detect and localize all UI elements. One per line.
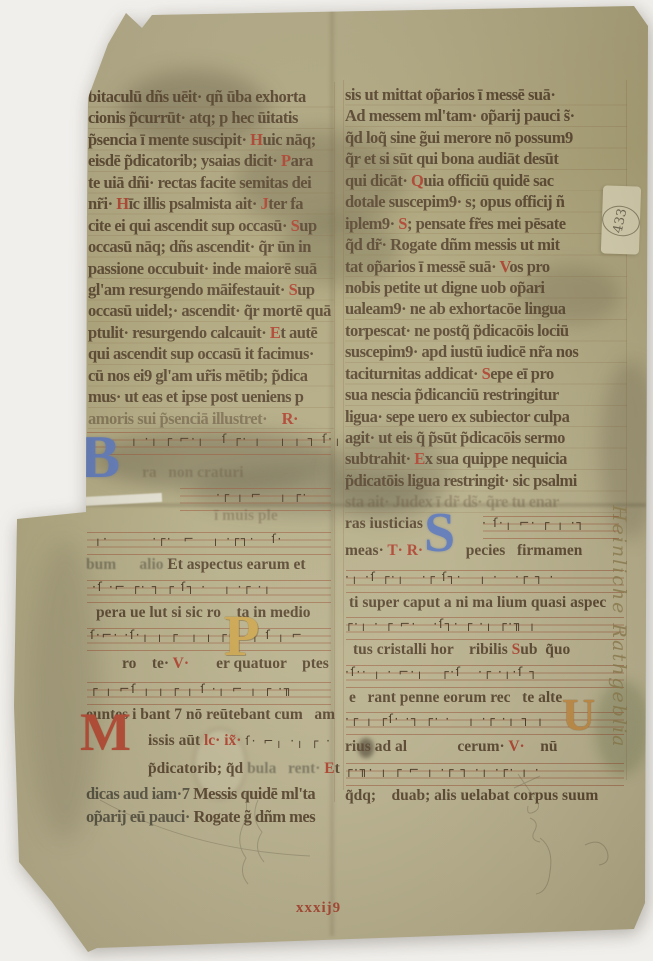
- text-segment: qui ascendit sup occasū it facimus·: [88, 344, 314, 363]
- fold-crease-vertical: [330, 6, 334, 936]
- text-segment: uia officiū quidē sac: [423, 171, 553, 190]
- text-segment: taciturnitas addicat·: [345, 364, 482, 383]
- text-segment: lc· ix̃·: [204, 732, 245, 749]
- text-segment: amoris sui p̃senciā illustret·: [88, 409, 282, 428]
- text-segment: op̃arij eū pauci·: [86, 807, 193, 826]
- text-line: nr̃i· Hīc illis psalmista ait· Jter fa: [88, 193, 334, 214]
- text-line: passione occubuit· inde maiorē suā: [88, 258, 334, 279]
- illuminated-initial-u: U: [562, 694, 595, 735]
- chant-text-line: ī muis ple: [86, 504, 334, 528]
- text-line: ligua· sepe uero ex subiector culpa: [345, 406, 627, 427]
- text-segment: nr̃i·: [88, 194, 116, 213]
- photograph-backdrop: bitaculū dñs uēit· qñ ūba exhortacionis …: [0, 0, 653, 961]
- chant-text-line: ra non craturi: [86, 462, 334, 484]
- text-segment: V·: [173, 655, 193, 672]
- text-line: gl'am resurgendo māifestauit· Sup: [88, 279, 334, 300]
- water-ring: [195, 730, 245, 798]
- shelf-number-tag: 433: [601, 185, 641, 254]
- neumes: ┌ ╷ ⌐ſ ╷ ╷ ┌ ╷ ſ ·╷ ⌐ ╷ ┌ ·╖: [90, 681, 293, 696]
- ruling-line: [343, 80, 344, 790]
- text-line: eisdē p̃dicatorib; ysaias dicit· Para: [88, 150, 334, 171]
- text-segment: īc illis psalmista ait·: [129, 194, 261, 213]
- text-segment: passione occubuit· inde maiorē suā: [88, 259, 317, 278]
- text-segment: ra non craturi: [142, 464, 244, 481]
- text-line: te uiā dñi· rectas facite semitas dei: [88, 172, 334, 193]
- stain: [520, 265, 620, 325]
- chant-staff: ·ſ ·⌐ ┌· ┐ ┌ ſ┐ · ╷ ·┌ ·╷: [86, 576, 334, 602]
- chant-staff: ┌·╷ · ┌ ⌐· ·ſ┐· ┌ ·╷ ┌·╖ ╷: [345, 613, 627, 639]
- text-segment: S: [291, 216, 300, 235]
- text-segment: P: [281, 151, 291, 170]
- neumes: ╷ ·╷ ┌ ⌐·╷ ſ ┌· ╷ ╷ ╷ ┐ ſ·╷: [130, 431, 343, 446]
- text-segment: ara: [291, 151, 313, 170]
- text-segment: E: [324, 760, 334, 777]
- text-segment: t autē: [280, 323, 317, 342]
- leaf-shadow: bitaculū dñs uēit· qñ ūba exhortacionis …: [0, 0, 653, 961]
- text-line: occasū uidel;· ascendit· q̃r mortē quā: [88, 300, 334, 321]
- text-segment: T· R·: [387, 542, 427, 559]
- text-line: ptulit· resurgendo calcauit· Et autē: [88, 322, 334, 343]
- chant-staff: · ſ·╷ ⌐· ┌ ╷ ·┐: [482, 512, 622, 538]
- text-segment: S: [512, 641, 521, 658]
- chant-text-line: e rant penne eorum rec te alte: [345, 687, 627, 708]
- text-line: agit· ut eis q̃ p̃sūt p̃dicacōis sermo: [345, 427, 627, 448]
- text-segment: alio: [116, 556, 167, 573]
- text-line: amoris sui p̃senciā illustret· R·: [88, 408, 334, 429]
- text-segment: dicas aud iam·7: [86, 784, 193, 803]
- text-segment: Ad messem ml'tam· op̃arij pauci s̃·: [345, 106, 575, 125]
- text-segment: cite ei qui ascendit sup occasū·: [88, 216, 291, 235]
- ink-blot: [358, 738, 374, 758]
- chant-text-line: ti super caput a ni ma lium quasi aspec: [345, 592, 627, 613]
- chant-text-line: ro te· V· er quatuor ptes: [86, 650, 334, 678]
- tear: [82, 493, 162, 506]
- neumes: ·ſ·· ╷ · ⌐·╷ ┌·ſ ·┌ ·╷·ſ ┐: [345, 664, 538, 679]
- illuminated-initial-s: S: [424, 508, 455, 558]
- left-text-column: bitaculū dñs uēit· qñ ūba exhortacionis …: [88, 86, 334, 429]
- text-segment: ras iusticias: [345, 515, 423, 532]
- text-line: cū nos ei9 gl'am ur̃is mētib; p̃dica: [88, 365, 334, 386]
- text-segment: bum: [86, 556, 116, 573]
- fold-crease-horizontal: [14, 503, 646, 507]
- chant-text-line: euntes i bant 7 nō reūtebant cum am: [86, 704, 334, 726]
- text-segment: gl'am resurgendo māifestauit·: [88, 280, 289, 299]
- text-segment: torpescat· ne postq̃ p̃dicacōis lociū: [345, 321, 569, 340]
- stain: [120, 70, 270, 150]
- text-segment: ro te·: [122, 655, 173, 672]
- text-segment: iplem9·: [345, 214, 398, 233]
- chant-staff: ſ·⌐· ·ſ·╷ ╷ ┌ ╷ ╷ ┌⌐ ·╷ ſ ╷ ⌐: [86, 624, 334, 650]
- chant-text-line: meas· T· R· pecies firmamen: [345, 536, 627, 566]
- text-line: q̃d loq̃ sine g̃ui merore nō possum9: [345, 127, 627, 148]
- text-line: cionis p̃currūt· atq; p hec ūitatis: [88, 107, 334, 128]
- illuminated-initial-b: B: [80, 430, 120, 484]
- text-segment: uic nāq;: [262, 130, 315, 149]
- text-line: nobis petite ut digne uob op̃ari: [345, 277, 627, 298]
- neumes: · ſ·╷ ⌐· ┌ ╷ ·┐: [482, 515, 585, 530]
- neumes: ſ·⌐· ·ſ·╷ ╷ ┌ ╷ ╷ ┌⌐ ·╷ ſ ╷ ⌐: [90, 627, 303, 642]
- text-segment: e rant penne eorum rec te alte: [349, 689, 562, 706]
- chant-staff: ·┌ ╷ ┌ſ· ·┐ ┌· · ╷ ·┌ ·╷ ┐ ╷: [345, 708, 627, 734]
- text-line: taciturnitas addicat· Sepe eī pro: [345, 363, 627, 384]
- text-segment: q̃d loq̃ sine g̃ui merore nō possum9: [345, 128, 573, 147]
- text-segment: S: [398, 214, 407, 233]
- text-segment: Messis quidē ml'ta: [193, 784, 315, 803]
- text-segment: suscepim9· apd iustū iudicē nr̃a nos: [345, 342, 578, 361]
- text-segment: meas·: [345, 542, 387, 559]
- text-segment: occasū nāq; dñs ascendit· q̃r ūn in: [88, 237, 311, 256]
- text-line: Ad messem ml'tam· op̃arij pauci s̃·: [345, 105, 627, 126]
- text-segment: sis ut mittat op̃arios ī messē suā·: [345, 85, 555, 104]
- text-line: sis ut mittat op̃arios ī messē suā·: [345, 84, 627, 105]
- text-segment: Q: [411, 171, 423, 190]
- neumes: ┌·╖· ╷ ┌ ⌐ ╷ ·┌ ┐ ·╷ ·┌· ╷ ·: [345, 762, 540, 777]
- text-segment: ub q̃uo: [520, 641, 570, 658]
- text-segment: up: [299, 216, 316, 235]
- text-segment: t: [335, 760, 340, 777]
- chant-staff: ·┌ ╷ ⌐ ╷ ┌·: [86, 484, 334, 504]
- text-segment: te uiā dñi· rectas facite semitas dei: [88, 173, 311, 192]
- text-segment: tus cristalli hor ribilis: [353, 641, 512, 658]
- text-line: ualeam9· ne ab exhortacōe lingua: [345, 298, 627, 319]
- text-segment: bitaculū dñs uēit· qñ ūba exhorta: [88, 87, 306, 106]
- parchment-leaf: bitaculū dñs uēit· qñ ūba exhortacionis …: [0, 0, 653, 961]
- text-line: tat op̃arios ī messē suā· Vos pro: [345, 256, 627, 277]
- chant-text-line: bum alio Et aspectus earum et: [86, 554, 334, 576]
- neumes: ·ſ ·⌐ ┌· ┐ ┌ ſ┐ · ╷ ·┌ ·╷: [92, 579, 272, 594]
- text-line: q̃d dr̃· Rogate dñm messis ut mit: [345, 234, 627, 255]
- text-line: iplem9· S; pensate fr̃es mei pēsate: [345, 213, 627, 234]
- stain: [600, 360, 653, 540]
- right-text-column: sis ut mittat op̃arios ī messē suā·Ad me…: [345, 84, 627, 513]
- text-segment: os pro: [509, 257, 549, 276]
- illuminated-initial-p: P: [224, 610, 259, 662]
- stain: [330, 430, 450, 520]
- chant-staff: ╷· ·┌· ⌐ ╷ ·┌┐· ſ·: [86, 528, 334, 554]
- text-segment: occasū uidel;· ascendit· q̃r mortē quā: [88, 301, 331, 320]
- text-segment: E: [270, 323, 281, 342]
- quire-signature: xxxij9: [296, 900, 341, 917]
- text-segment: mus· ut eas et ipse post ueniens p: [88, 387, 303, 406]
- text-line: mus· ut eas et ipse post ueniens p: [88, 386, 334, 407]
- neumes: ·┌ ╷ ┌ſ· ·┐ ┌· · ╷ ·┌ ·╷ ┐ ╷: [345, 711, 545, 726]
- text-line: qui ascendit sup occasū it facimus·: [88, 343, 334, 364]
- neumes: ·╷ ·ſ ┌·╷ ·┌ ſ┐· ╷ · ·┌ ┐ ·: [345, 569, 555, 584]
- chant-staff: ·╷ ·ſ ┌·╷ ·┌ ſ┐· ╷ · ·┌ ┐ ·: [345, 566, 627, 592]
- chant-text-line: q̃dq; duab; alis uelabat corpus suum: [345, 785, 627, 807]
- text-segment: eisdē p̃dicatorib; ysaias dicit·: [88, 151, 281, 170]
- text-segment: p̃sencia ī mente suscipit·: [88, 130, 250, 149]
- text-segment: ī muis ple: [214, 507, 278, 524]
- text-segment: rius ad al cerum·: [345, 738, 508, 755]
- chant-text-line: rius ad al cerum· V· nū: [345, 734, 627, 759]
- neumes: ·┌ ╷ ⌐ ╷ ┌·: [216, 487, 308, 502]
- text-segment: bula rent·: [247, 760, 324, 777]
- text-segment: p̃dicatōis ligua restringit· sic psalmi: [345, 471, 577, 490]
- neumes: ┌·╷ · ┌ ⌐· ·ſ┐· ┌ ·╷ ┌·╖ ╷: [345, 616, 537, 631]
- text-segment: cionis p̃currūt· atq; p hec ūitatis: [88, 108, 298, 127]
- text-segment: J: [261, 194, 269, 213]
- text-segment: tat op̃arios ī messē suā·: [345, 257, 500, 276]
- text-line: dicas aud iam·7 Messis quidē ml'ta: [86, 782, 334, 806]
- text-segment: epe eī pro: [490, 364, 553, 383]
- text-line: cite ei qui ascendit sup occasū· Sup: [88, 215, 334, 236]
- chant-text-line: p̃dicatorib; q̃d bula rent· Et: [86, 756, 334, 782]
- text-segment: ſ· ⌐╷ ·╷ ┌ ·: [245, 734, 332, 748]
- chant-text-line: pera ue lut si sic ro ta in medio: [86, 602, 334, 624]
- ruling-line: [334, 82, 335, 802]
- stain: [280, 215, 400, 285]
- text-line: sua nescia p̃dicanciū restringitur: [345, 384, 627, 405]
- chant-staff: ┌ ╷ ⌐ſ ╷ ╷ ┌ ╷ ſ ·╷ ⌐ ╷ ┌ ·╖: [86, 678, 334, 704]
- text-line: bitaculū dñs uēit· qñ ūba exhorta: [88, 86, 334, 107]
- stain: [235, 130, 405, 230]
- text-line: dotale suscepim9· s; opus officij ñ: [345, 191, 627, 212]
- text-segment: H: [116, 194, 128, 213]
- text-segment: euntes i bant 7 nō reūtebant cum am: [86, 706, 335, 723]
- text-segment: dotale suscepim9· s; opus officij ñ: [345, 192, 564, 211]
- ruling-line: [626, 80, 627, 780]
- text-segment: S: [289, 280, 298, 299]
- chant-staff: ┌·╖· ╷ ┌ ⌐ ╷ ·┌ ┐ ·╷ ·┌· ╷ ·: [345, 759, 627, 785]
- stain: [595, 680, 650, 775]
- text-segment: Et aspectus earum et: [167, 556, 305, 573]
- stain: [30, 540, 100, 840]
- margin-inscription: Heinliche Rathgeblia: [588, 505, 630, 797]
- text-segment: x sua quippe nequicia: [425, 449, 567, 468]
- text-line: sta ait· Judex ī dr̃ ds̃· q̃re tu enar: [345, 491, 627, 512]
- right-music-column: ras iusticiasmeas· T· R· pecies firmamen…: [345, 512, 627, 807]
- text-segment: qui dicāt·: [345, 171, 411, 190]
- text-line: occasū nāq; dñs ascendit· q̃r ūn in: [88, 236, 334, 257]
- text-segment: nū: [529, 738, 558, 755]
- text-segment: R·: [282, 409, 298, 428]
- text-segment: ; pensate fr̃es mei pēsate: [407, 214, 566, 233]
- text-segment: q̃dq; duab; alis uelabat corpus suum: [345, 787, 598, 804]
- text-segment: sua nescia p̃dicanciū restringitur: [345, 385, 559, 404]
- text-segment: V·: [508, 738, 528, 755]
- text-segment: nobis petite ut digne uob op̃ari: [345, 278, 545, 297]
- text-segment: issis aūt: [148, 732, 204, 749]
- chant-staff: ╷ ·╷ ┌ ⌐·╷ ſ ┌· ╷ ╷ ╷ ┐ ſ·╷: [86, 428, 334, 462]
- stain: [90, 430, 340, 490]
- text-segment: er quatuor ptes: [193, 655, 329, 672]
- text-segment: cū nos ei9 gl'am ur̃is mētib; p̃dica: [88, 366, 308, 385]
- text-segment: ptulit· resurgendo calcauit·: [88, 323, 270, 342]
- text-line: qui dicāt· Quia officiū quidē sac: [345, 170, 627, 191]
- text-line: op̃arij eū pauci· Rogate g̃ dñm mes: [86, 806, 334, 828]
- text-segment: sta ait· Judex ī dr̃ ds̃· q̃re tu enar: [345, 492, 559, 511]
- chant-text-line: ras iusticias: [345, 512, 627, 536]
- text-segment: pecies firmamen: [427, 542, 582, 559]
- text-segment: q̃r et si sūt qui bona audiāt desūt: [345, 149, 558, 168]
- stain: [190, 470, 430, 515]
- text-segment: agit· ut eis q̃ p̃sūt p̃dicacōis sermo: [345, 428, 565, 447]
- text-segment: ligua· sepe uero ex subiector culpa: [345, 407, 569, 426]
- shelf-number: 433: [599, 202, 642, 239]
- text-segment: p̃dicatorib; q̃d: [148, 760, 247, 777]
- pencil-marks: [0, 0, 653, 961]
- text-line: p̃sencia ī mente suscipit· Huic nāq;: [88, 129, 334, 150]
- ruling-line: [84, 82, 85, 427]
- text-line: torpescat· ne postq̃ p̃dicacōis lociū: [345, 320, 627, 341]
- text-segment: ti super caput a ni ma lium quasi aspec: [349, 594, 606, 611]
- left-music-column: ╷ ·╷ ┌ ⌐·╷ ſ ┌· ╷ ╷ ╷ ┐ ſ·╷ra non cratur…: [86, 428, 334, 828]
- illuminated-initial-m: M: [80, 708, 131, 757]
- text-segment: ter fa: [268, 194, 303, 213]
- chant-staff: ·ſ·· ╷ · ⌐·╷ ┌·ſ ·┌ ·╷·ſ ┐: [345, 661, 627, 687]
- text-segment: H: [250, 130, 262, 149]
- text-segment: pera ue lut si sic ro ta in medio: [96, 604, 311, 621]
- text-segment: ualeam9· ne ab exhortacōe lingua: [345, 299, 566, 318]
- text-segment: S: [482, 364, 491, 383]
- text-line: q̃r et si sūt qui bona audiāt desūt: [345, 148, 627, 169]
- text-segment: subtrahit·: [345, 449, 414, 468]
- chant-text-line: tus cristalli hor ribilis Sub q̃uo: [345, 639, 627, 661]
- text-line: subtrahit· Ex sua quippe nequicia: [345, 448, 627, 469]
- text-segment: V: [500, 257, 510, 276]
- text-line: suscepim9· apd iustū iudicē nr̃a nos: [345, 341, 627, 362]
- text-segment: q̃d dr̃· Rogate dñm messis ut mit: [345, 235, 560, 254]
- neumes: ╷· ·┌· ⌐ ╷ ·┌┐· ſ·: [94, 531, 283, 546]
- text-segment: Rogate g̃ dñm mes: [193, 807, 315, 826]
- text-segment: up: [297, 280, 314, 299]
- chant-text-line: issis aūt lc· ix̃· ſ· ⌐╷ ·╷ ┌ ·: [86, 726, 334, 756]
- text-line: p̃dicatōis ligua restringit· sic psalmi: [345, 470, 627, 491]
- text-segment: E: [414, 449, 425, 468]
